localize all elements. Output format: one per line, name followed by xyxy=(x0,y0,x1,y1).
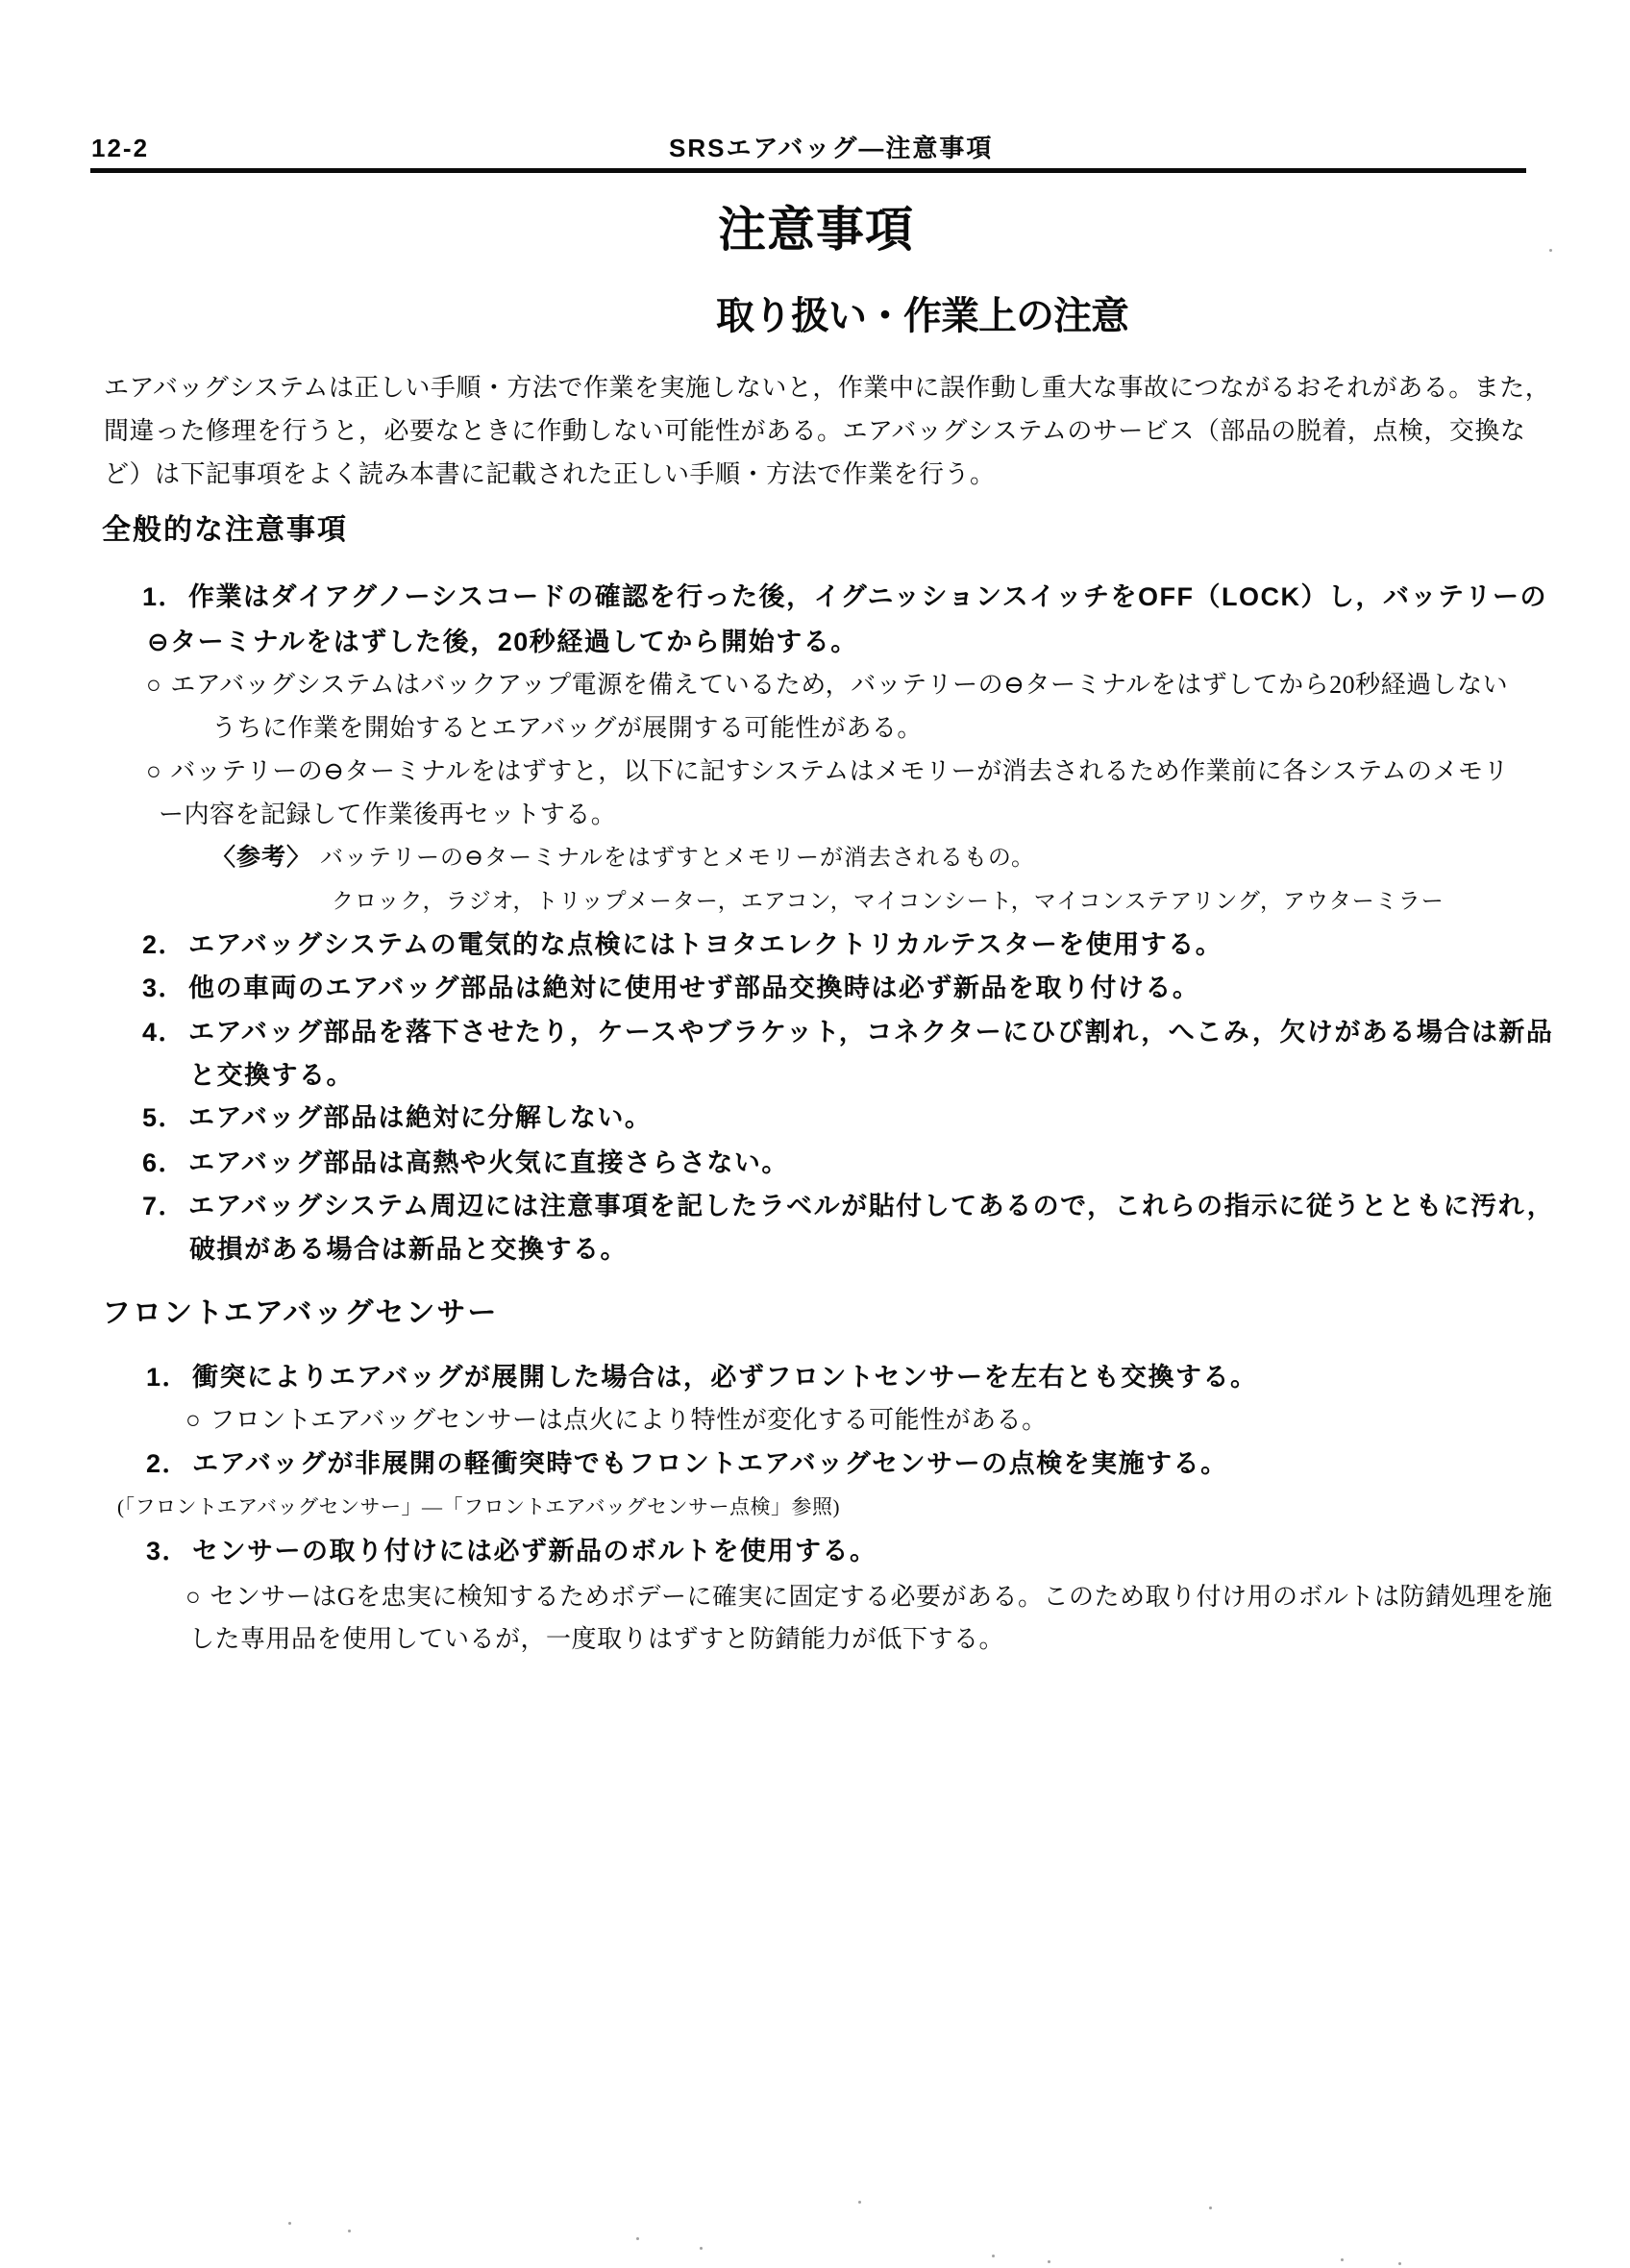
item-text: エアバッグ部品は高熱や火気に直接さらさない。 xyxy=(188,1148,789,1177)
item-number: 1． xyxy=(142,584,188,610)
list-item: 7．エアバッグシステム周辺には注意事項を記したラベルが貼付してあるので，これらの… xyxy=(142,1194,1554,1220)
reference-text: バッテリーの⊖ターミナルをはずすとメモリーが消去されるもの。 xyxy=(320,846,1035,871)
scan-speck xyxy=(348,2230,351,2232)
list-item: 6．エアバッグ部品は高熱や火気に直接さらさない。 xyxy=(142,1150,789,1176)
reference-label: 〈参考〉 xyxy=(211,846,320,870)
item-number: 2． xyxy=(142,932,188,958)
intro-line: エアバッグシステムは正しい手順・方法で作業を実施しないと，作業中に誤作動し重大な… xyxy=(104,376,1550,401)
page-title: 注意事項 xyxy=(718,206,914,254)
note-text: エアバッグシステムはバックアップ電源を備えているため，バッテリーの⊖ターミナルを… xyxy=(170,671,1508,699)
item-text: 他の車両のエアバッグ部品は絶対に使用せず部品交換時は必ず新品を取り付ける。 xyxy=(188,974,1199,1002)
header-rule xyxy=(90,168,1526,173)
bullet-note-continuation: うちに作業を開始するとエアバッグが展開する可能性がある。 xyxy=(211,716,923,741)
circle-bullet: ○ xyxy=(146,671,161,699)
bullet-note: ○フロントエアバッグセンサーは点火により特性が変化する可能性がある。 xyxy=(185,1408,1048,1433)
item-number: 3． xyxy=(142,975,188,1001)
bullet-note-continuation: ー内容を記録して作業後再セットする。 xyxy=(159,802,616,827)
item-number: 4． xyxy=(142,1020,188,1046)
item-text: センサーの取り付けには必ず新品のボルトを使用する。 xyxy=(192,1537,877,1565)
scan-speck xyxy=(1398,2262,1401,2265)
list-item: 3．他の車両のエアバッグ部品は絶対に使用せず部品交換時は必ず新品を取り付ける。 xyxy=(142,975,1199,1001)
list-item: 1．作業はダイアグノーシスコードの確認を行った後，イグニッションスイッチをOFF… xyxy=(142,584,1547,610)
item-text: 衝突によりエアバッグが展開した場合は，必ずフロントセンサーを左右とも交換する。 xyxy=(192,1363,1258,1392)
item-number: 6． xyxy=(142,1150,188,1176)
page-subtitle: 取り扱い・作業上の注意 xyxy=(716,297,1128,335)
scan-speck xyxy=(1209,2206,1212,2209)
item-text: 作業はダイアグノーシスコードの確認を行った後，イグニッションスイッチをOFF（L… xyxy=(188,582,1547,611)
circle-bullet: ○ xyxy=(185,1406,201,1434)
item-number: 7． xyxy=(142,1194,188,1220)
scan-speck xyxy=(1549,249,1552,252)
circle-bullet: ○ xyxy=(146,757,161,785)
item-number: 1． xyxy=(146,1365,192,1391)
note-text: センサーはGを忠実に検知するためボデーに確実に固定する必要がある。このため取り付… xyxy=(210,1583,1552,1611)
manual-page: 12-2 SRSエアバッグ―注意事項 注意事項 取り扱い・作業上の注意 エアバッ… xyxy=(0,0,1630,2268)
item-text: エアバッグシステムの電気的な点検にはトヨタエレクトリカルテスターを使用する。 xyxy=(188,930,1222,959)
item-number: 5． xyxy=(142,1105,188,1131)
item-text: エアバッグ部品は絶対に分解しない。 xyxy=(188,1103,652,1132)
item-text: エアバッグシステム周辺には注意事項を記したラベルが貼付してあるので，これらの指示… xyxy=(188,1192,1554,1220)
list-item: 2．エアバッグシステムの電気的な点検にはトヨタエレクトリカルテスターを使用する。 xyxy=(142,932,1222,958)
circle-bullet: ○ xyxy=(185,1583,201,1611)
bullet-note-continuation: した専用品を使用しているが，一度取りはずすと防錆能力が低下する。 xyxy=(189,1627,1004,1652)
running-header: SRSエアバッグ―注意事項 xyxy=(669,136,993,160)
scan-speck xyxy=(700,2247,703,2250)
reference-items: クロック，ラジオ，トリップメーター，エアコン，マイコンシート，マイコンステアリン… xyxy=(332,890,1445,912)
list-item: 2．エアバッグが非展開の軽衝突時でもフロントエアバッグセンサーの点検を実施する。 xyxy=(146,1451,1228,1477)
scan-speck xyxy=(288,2222,291,2225)
item-number: 2． xyxy=(146,1451,192,1477)
scan-speck xyxy=(858,2201,861,2204)
note-text: バッテリーの⊖ターミナルをはずすと，以下に記すシステムはメモリーが消去されるため… xyxy=(170,757,1509,785)
intro-line: 間違った修理を行うと，必要なときに作動しない可能性がある。エアバッグシステムのサ… xyxy=(104,419,1525,444)
item-number: 3． xyxy=(146,1539,192,1565)
section-heading-general: 全般的な注意事項 xyxy=(102,516,348,545)
item-text: エアバッグ部品を落下させたり，ケースやブラケット，コネクターにひび割れ，へこみ，… xyxy=(188,1018,1553,1047)
list-item: 5．エアバッグ部品は絶対に分解しない。 xyxy=(142,1105,652,1131)
bullet-note: ○バッテリーの⊖ターミナルをはずすと，以下に記すシステムはメモリーが消去されるた… xyxy=(146,759,1509,784)
cross-reference: (「フロントエアバッグセンサー」―「フロントエアバッグセンサー点検」参照) xyxy=(117,1497,840,1517)
list-item: 3．センサーの取り付けには必ず新品のボルトを使用する。 xyxy=(146,1539,877,1565)
scan-speck xyxy=(636,2237,639,2240)
scan-speck xyxy=(992,2255,995,2257)
note-text: フロントエアバッグセンサーは点火により特性が変化する可能性がある。 xyxy=(210,1406,1047,1434)
bullet-note: ○エアバッグシステムはバックアップ電源を備えているため，バッテリーの⊖ターミナル… xyxy=(146,673,1508,698)
scan-speck xyxy=(1048,2260,1050,2263)
item-text: エアバッグが非展開の軽衝突時でもフロントエアバッグセンサーの点検を実施する。 xyxy=(192,1449,1228,1478)
bullet-note: ○センサーはGを忠実に検知するためボデーに確実に固定する必要がある。このため取り… xyxy=(185,1585,1553,1610)
intro-line: ど）は下記事項をよく読み本書に記載された正しい手順・方法で作業を行う。 xyxy=(104,462,996,487)
list-item: 4．エアバッグ部品を落下させたり，ケースやブラケット，コネクターにひび割れ，へこ… xyxy=(142,1020,1553,1046)
page-number: 12-2 xyxy=(91,136,149,160)
list-item-continuation: ⊖ターミナルをはずした後，20秒経過してから開始する。 xyxy=(147,629,858,655)
reference-note: 〈参考〉バッテリーの⊖ターミナルをはずすとメモリーが消去されるもの。 xyxy=(211,846,1035,870)
section-heading-front-sensor: フロントエアバッグセンサー xyxy=(102,1299,498,1328)
list-item-continuation: 破損がある場合は新品と交換する。 xyxy=(189,1237,628,1263)
list-item: 1．衝突によりエアバッグが展開した場合は，必ずフロントセンサーを左右とも交換する… xyxy=(146,1365,1258,1391)
list-item-continuation: と交換する。 xyxy=(189,1063,354,1089)
scan-speck xyxy=(1341,2258,1344,2261)
